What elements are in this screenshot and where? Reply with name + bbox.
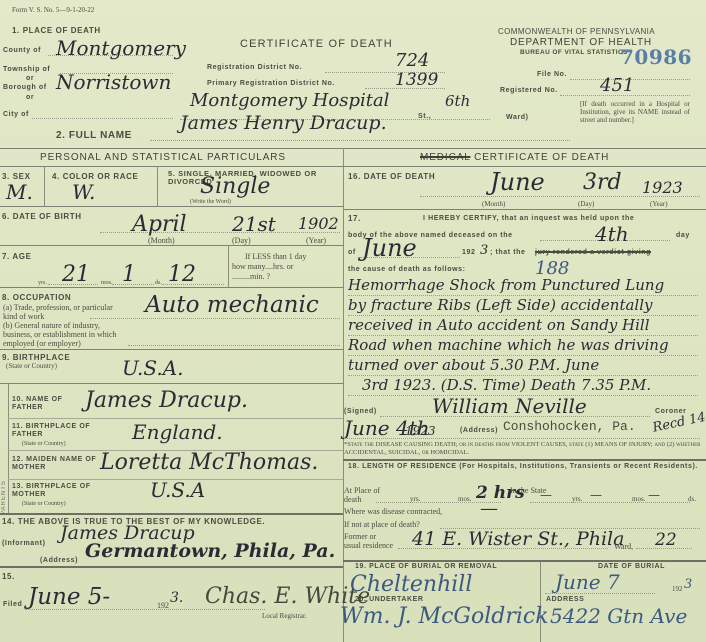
occupation-label: 8. OCCUPATION xyxy=(2,293,71,302)
inquest-year-prefix: 192 xyxy=(462,249,475,256)
occupation-b-label: (b) General nature of industry, business… xyxy=(3,321,128,348)
dob-day: 21st xyxy=(232,212,276,236)
informant-label: (Informant) xyxy=(2,540,46,547)
dob-month: April xyxy=(132,212,187,237)
medical-section-title: MEDICAL CERTIFICATE OF DEATH xyxy=(420,152,609,163)
inquest-day: 4th xyxy=(595,222,629,246)
medical-title: CERTIFICATE OF DEATH xyxy=(474,152,609,163)
struck-verdict-text: jury rendered a verdict giving xyxy=(535,249,651,256)
cause-line: turned over about 5.30 P.M. June xyxy=(348,356,698,376)
residence-ward-value: 22 xyxy=(655,530,677,550)
disease-contracted-label: Where was disease contracted, xyxy=(344,507,442,516)
registration-district-label: Registration District No. xyxy=(207,64,302,71)
certify-line1: I HEREBY CERTIFY, that an inquest was he… xyxy=(423,215,634,222)
or-label-2: or xyxy=(26,94,34,101)
signed-address-label: (Address) xyxy=(460,427,498,434)
mother-maiden-value: Loretta McThomas. xyxy=(100,450,318,475)
less-than-day-line2: how many....hrs. or xyxy=(232,262,293,271)
mother-maiden-label: 12. MAIDEN NAME OF MOTHER xyxy=(12,456,102,472)
signer-signature: William Neville xyxy=(432,394,587,418)
primary-registration-district-value: 1399 xyxy=(395,70,438,90)
residence-label: 18. LENGTH OF RESIDENCE (For Hospitals, … xyxy=(348,463,703,471)
ward-value: 6th xyxy=(445,92,470,110)
mother-birthplace-value: U.S.A xyxy=(150,478,205,502)
race-value: W. xyxy=(72,180,95,204)
burial-year-suffix: 3 xyxy=(684,577,692,592)
father-birthplace-caption: (State or Country) xyxy=(22,440,66,449)
undertaker-address-label: ADDRESS xyxy=(546,596,584,603)
inquest-month: June xyxy=(362,234,417,262)
occupation-value: Auto mechanic xyxy=(145,292,319,318)
age-days: 12 xyxy=(168,262,196,287)
birthplace-value: U.S.A. xyxy=(122,356,184,380)
less-than-day-line3: .........min. ? xyxy=(232,272,270,281)
certificate-title: CERTIFICATE OF DEATH xyxy=(240,38,393,50)
borough-value: Norristown xyxy=(56,70,171,94)
age-label: 7. AGE xyxy=(2,252,32,261)
at-place-yrs-label: yrs. xyxy=(410,495,420,504)
registered-no-label: Registered No. xyxy=(500,87,558,94)
agency-line3: BUREAU OF VITAL STATISTICS xyxy=(520,49,628,56)
residence-ward-label: Ward, xyxy=(614,542,633,551)
dod-day: 3rd xyxy=(583,170,622,195)
less-than-day-line1: If LESS than 1 day xyxy=(245,252,306,261)
burial-place-value: Cheltenhill xyxy=(350,572,472,597)
undertaker-value: Wm. J. McGoldrick xyxy=(340,604,549,629)
filed-year-suffix: 3. xyxy=(170,590,183,606)
day-caption: (Day) xyxy=(232,236,251,245)
marital-value: Single xyxy=(200,174,270,199)
of-label: of xyxy=(348,249,356,256)
dod-day-caption: (Day) xyxy=(578,200,594,209)
hospital-note: [If death occurred in a Hospital or Inst… xyxy=(580,100,690,124)
father-name-label: 10. NAME OF FATHER xyxy=(12,396,77,412)
inquest-year-suffix: 3 xyxy=(480,243,488,258)
dob-label: 6. DATE OF BIRTH xyxy=(2,212,82,221)
burial-label: 19. PLACE OF BURIAL OR REMOVAL xyxy=(355,563,497,570)
dod-year: 1923 xyxy=(642,178,683,197)
birthplace-label: 9. BIRTHPLACE xyxy=(2,353,70,362)
in-state-mos: — xyxy=(590,488,602,502)
not-place-label: If not at place of death? xyxy=(344,520,420,529)
cause-line: 3rd 1923. (D.S. Time) Death 7.35 P.M. xyxy=(348,376,698,396)
father-birthplace-label: 11. BIRTHPLACE OF FATHER xyxy=(12,423,92,439)
sex-value: M. xyxy=(6,180,33,204)
cause-line: Road when machine which he was driving xyxy=(348,336,698,356)
day-label: day xyxy=(676,232,690,239)
agency-line1: COMMONWEALTH OF PENNSYLVANIA xyxy=(498,27,655,36)
signed-label: (Signed) xyxy=(344,408,377,415)
ward-label: Ward) xyxy=(506,114,529,121)
burial-date-label: DATE OF BURIAL xyxy=(598,563,665,570)
place-of-death-label: 1. PLACE OF DEATH xyxy=(12,26,101,35)
undertaker-address-value: 5422 Gtn Ave xyxy=(550,604,687,628)
county-label: County of xyxy=(3,47,41,54)
father-name-value: James Dracup. xyxy=(85,388,248,413)
certify-number: 17. xyxy=(348,214,361,223)
dod-month: June xyxy=(490,168,545,196)
death-certificate: Form V. S. No. 5—9-1-20-22 1. PLACE OF D… xyxy=(0,0,706,642)
full-name-value: James Henry Dracup. xyxy=(180,112,387,134)
township-label: Township of xyxy=(3,66,50,73)
form-number: Form V. S. No. 5—9-1-20-22 xyxy=(12,6,94,15)
city-label: City of xyxy=(3,111,29,118)
dod-month-caption: (Month) xyxy=(482,200,505,209)
filed-date: June 5- xyxy=(28,584,110,610)
primary-registration-district-label: Primary Registration District No. xyxy=(207,80,335,87)
in-state-yrs: — xyxy=(540,488,552,502)
signed-year: 1923 xyxy=(405,424,436,438)
footnote: *State the DISEASE CAUSING DEATH; or in … xyxy=(344,441,704,457)
disease-contracted-value: — xyxy=(480,498,498,519)
borough-label: Borough of xyxy=(3,84,47,91)
birthplace-caption: (State or Country) xyxy=(6,362,57,371)
cause-line: by fracture Ribs (Left Side) accidentall… xyxy=(348,296,698,316)
cause-line: received in Auto accident on Sandy Hill xyxy=(348,316,698,336)
county-value: Montgomery xyxy=(56,36,186,60)
file-no-label: File No. xyxy=(537,71,567,78)
cause-of-death: Hemorrhage Shock from Punctured Lungby f… xyxy=(348,276,698,396)
former-residence-label: Former or usual residence xyxy=(344,532,394,550)
mother-birthplace-label: 13. BIRTHPLACE OF MOTHER xyxy=(12,483,92,499)
parents-side-label: PARENTS xyxy=(1,395,11,515)
burial-date-value: June 7 xyxy=(555,570,620,594)
in-state-mos-label: mos. xyxy=(632,495,645,504)
father-birthplace-value: England. xyxy=(132,420,223,444)
dod-year-caption: (Year) xyxy=(650,200,668,209)
month-caption: (Month) xyxy=(148,236,175,245)
former-residence-value: 41 E. Wister St., Phila xyxy=(412,528,624,550)
personal-section-title: PERSONAL AND STATISTICAL PARTICULARS xyxy=(40,152,286,163)
cause-intro: the cause of death as follows: xyxy=(348,266,466,273)
filed-label: Filed xyxy=(3,601,22,608)
institution-value: Montgomery Hospital xyxy=(190,90,389,111)
filed-year-prefix: 192 xyxy=(157,601,169,610)
undertaker-label: 20. UNDERTAKER xyxy=(355,596,424,603)
burial-year-prefix: 192 xyxy=(672,585,683,594)
mother-birthplace-caption: (State or Country) xyxy=(22,500,66,509)
registration-district-value: 724 xyxy=(395,50,429,71)
full-name-label: 2. FULL NAME xyxy=(56,130,132,141)
dob-year: 1902 xyxy=(298,214,339,233)
filed-number: 15. xyxy=(2,572,15,581)
medical-struck-word: MEDICAL xyxy=(420,152,470,163)
year-caption: (Year) xyxy=(306,236,326,245)
registered-no-value: 451 xyxy=(600,75,634,96)
signed-address: Conshohocken, Pa. xyxy=(503,419,636,434)
stamp-number: 70986 xyxy=(620,45,692,69)
informant-address-label: (Address) xyxy=(40,557,78,564)
age-years: 21 xyxy=(62,262,90,287)
in-state-ds: — xyxy=(648,488,660,502)
dod-label: 16. DATE OF DEATH xyxy=(348,172,435,181)
that-the-label: ; that the xyxy=(490,249,526,256)
age-months: 1 xyxy=(122,262,136,287)
in-state-ds-label: ds. xyxy=(688,495,696,504)
or-label: or xyxy=(26,75,34,82)
informant-address-value: Germantown, Phila, Pa. xyxy=(85,540,335,562)
at-place-mos-label: mos. xyxy=(458,495,471,504)
in-state-yrs-label: yrs. xyxy=(572,495,582,504)
cause-line: Hemorrhage Shock from Punctured Lung xyxy=(348,276,698,296)
registrar-label: Local Registrar. xyxy=(262,612,307,621)
